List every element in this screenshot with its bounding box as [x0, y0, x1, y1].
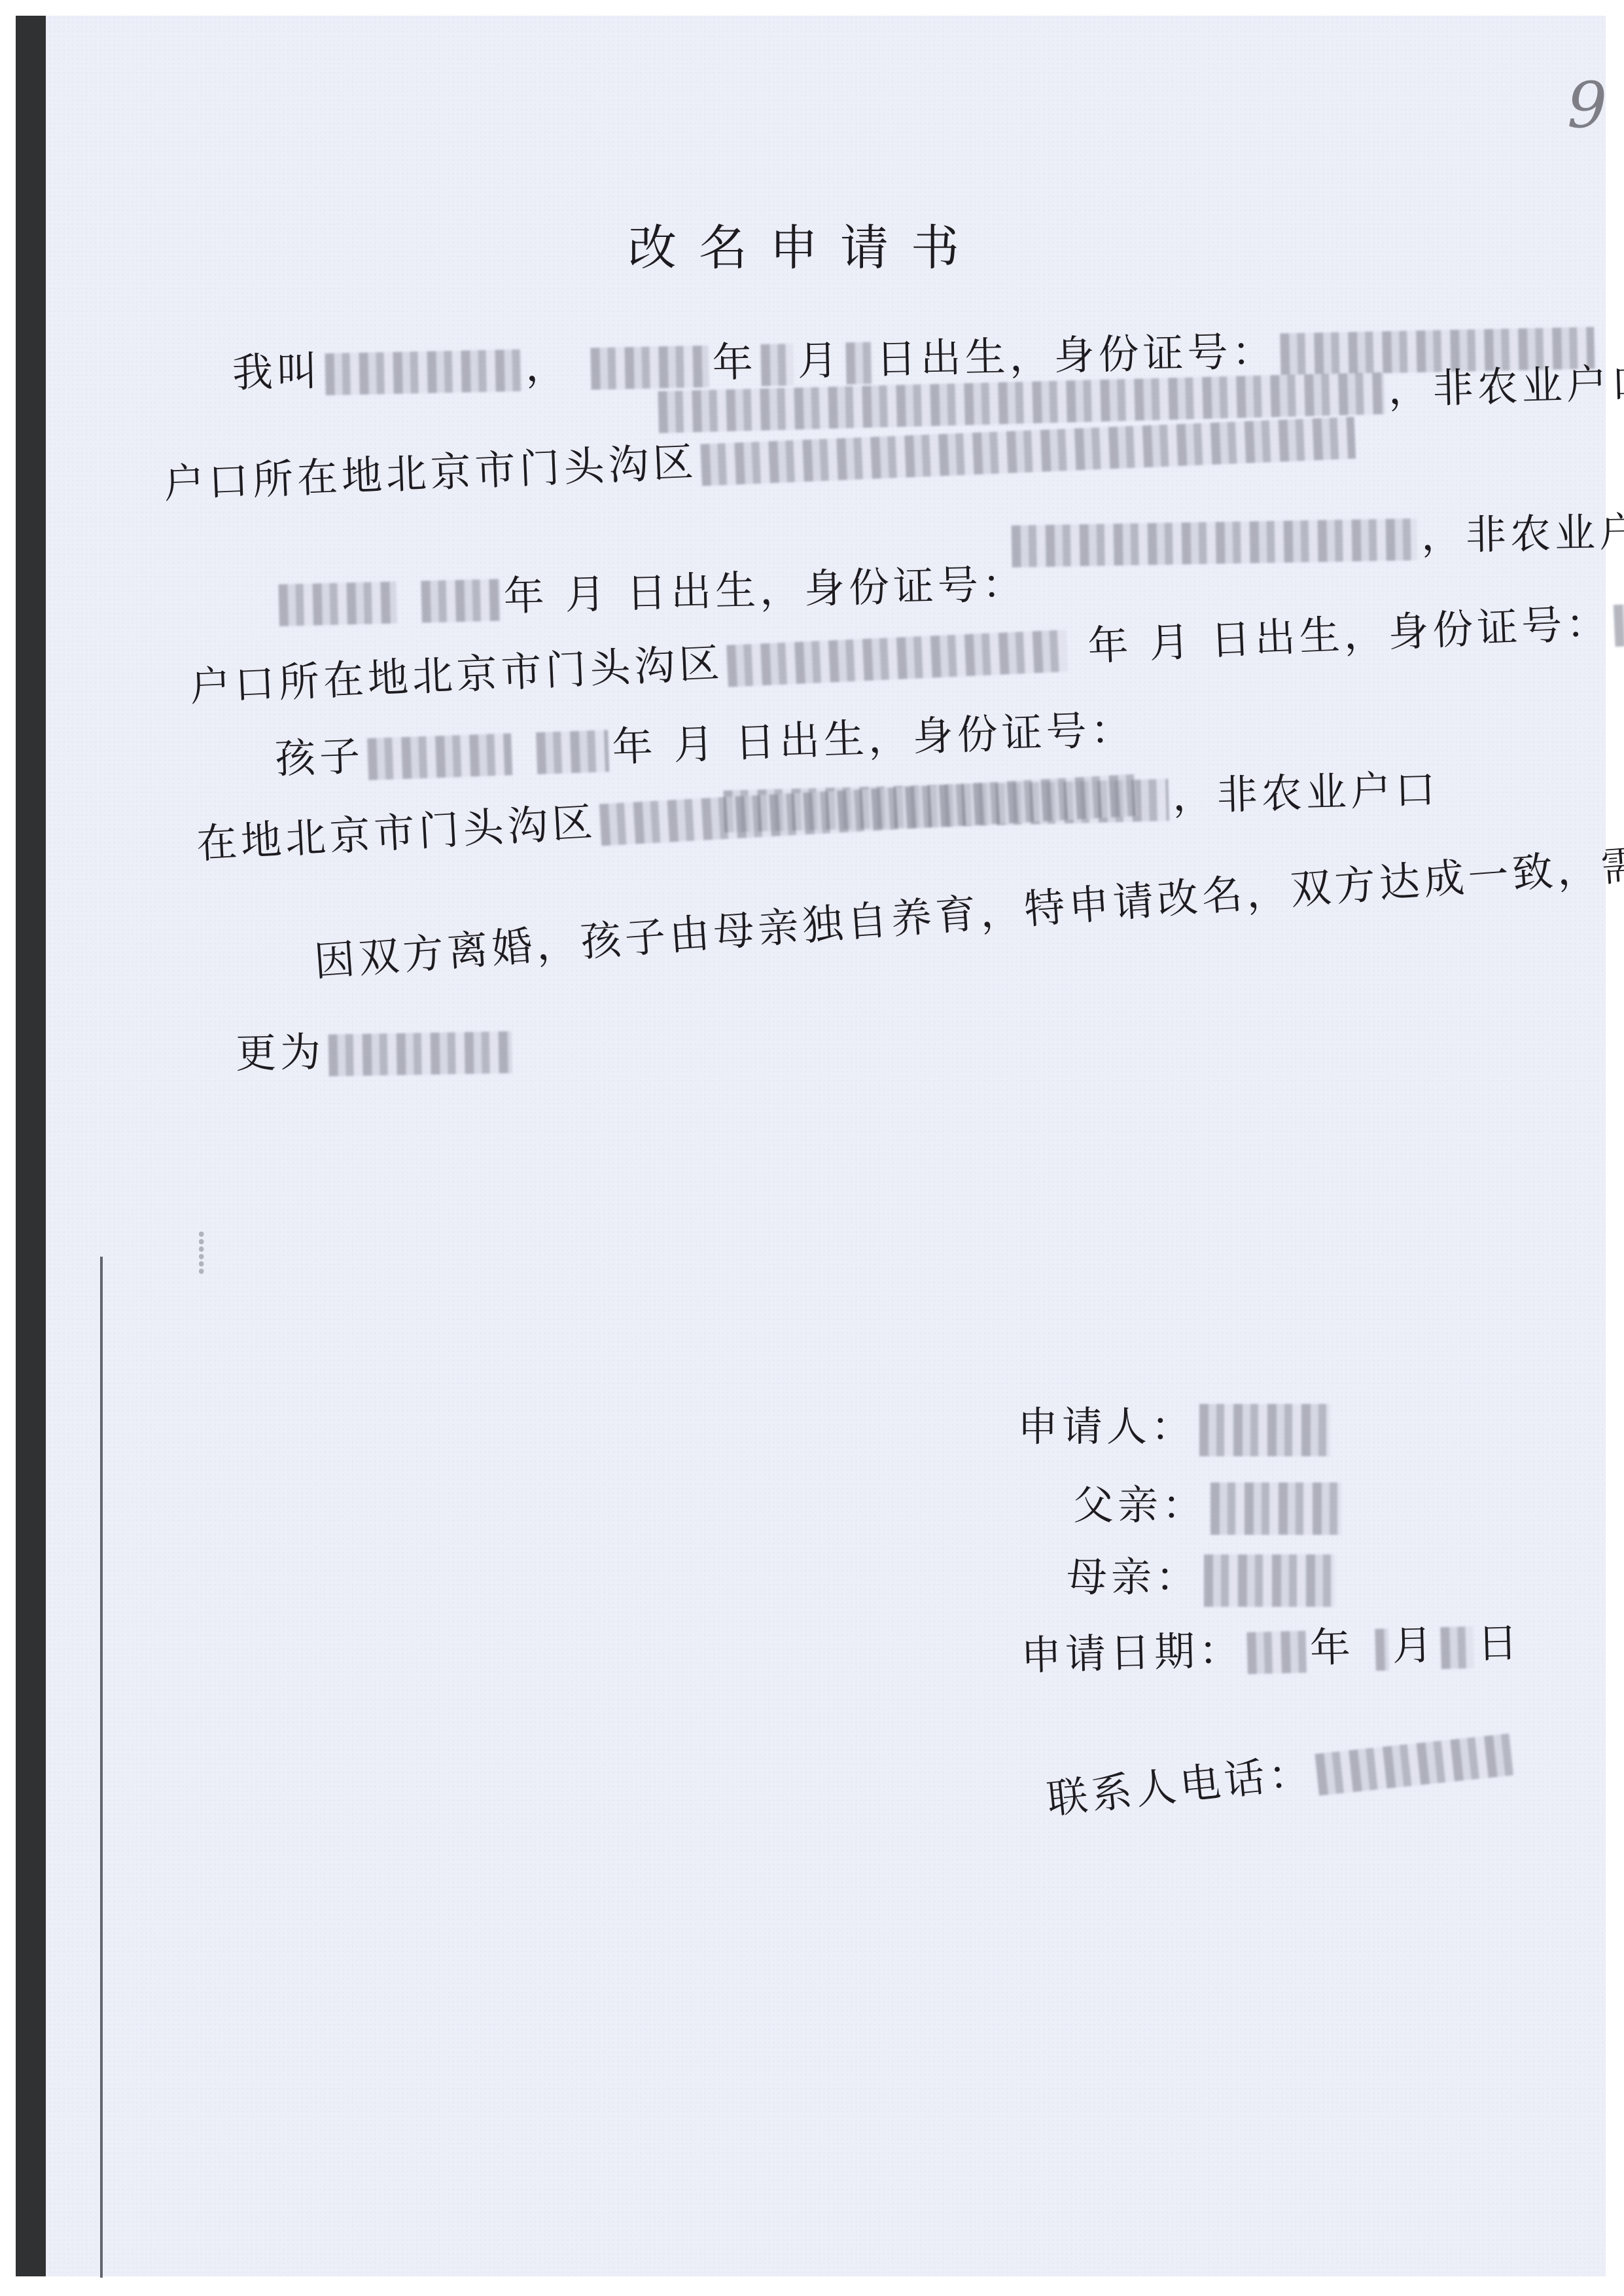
comma: ，: [525, 342, 571, 390]
redacted-mother-id: [1614, 591, 1624, 647]
father-birth-text: 年 月 日出生，身份证号：: [503, 560, 1027, 620]
redacted-father-birth-year: [421, 579, 501, 622]
scan-speck: ⸽: [196, 1224, 206, 1278]
redacted-applicant-name: [325, 350, 522, 395]
mother-signature: 母亲：: [1067, 1545, 1339, 1607]
date-day-suffix: 日: [1477, 1619, 1523, 1668]
redacted-father-id: [1012, 518, 1418, 567]
household-type: ，非农业户口: [1388, 359, 1624, 414]
redacted-child-name: [367, 733, 512, 780]
date-year-suffix: 年: [1309, 1623, 1355, 1672]
redacted-year: [1246, 1630, 1307, 1674]
reason-continuation-line: 更为: [235, 1016, 516, 1079]
father-household-type: ，非农业户口: [1421, 507, 1624, 560]
date-month-suffix: 月: [1392, 1621, 1438, 1670]
redacted-month: [1375, 1628, 1389, 1671]
redacted-mother-signature: [1204, 1554, 1335, 1607]
applicant-signature: 申请人：: [1017, 1394, 1334, 1456]
child-household-type: ，非农业户口: [1172, 765, 1440, 820]
father-signature: 父亲：: [1073, 1473, 1345, 1535]
redacted-child-birth-year: [536, 730, 609, 774]
page-number: 9: [1567, 69, 1607, 142]
redacted-day: [1440, 1626, 1474, 1669]
date-label: 申请日期：: [1020, 1626, 1244, 1679]
reason-continuation: 更为: [235, 1028, 325, 1077]
document-title: 改名申请书: [628, 209, 981, 279]
applicant-prefix: 我叫: [232, 347, 322, 397]
redacted-father-signature: [1210, 1482, 1341, 1535]
mother-label: 母亲：: [1067, 1553, 1200, 1601]
redacted-new-name: [328, 1031, 512, 1077]
applicant-label: 申请人：: [1017, 1403, 1195, 1450]
scan-edge-band: [16, 16, 46, 2276]
father-label: 父亲：: [1073, 1481, 1207, 1529]
father-id-line: ，非农业户口: [1007, 499, 1624, 569]
redacted-father-name: [278, 581, 397, 626]
redacted-applicant-signature: [1199, 1404, 1330, 1456]
scan-fold-line: [100, 1257, 103, 2278]
child-prefix: 孩子: [274, 732, 364, 783]
